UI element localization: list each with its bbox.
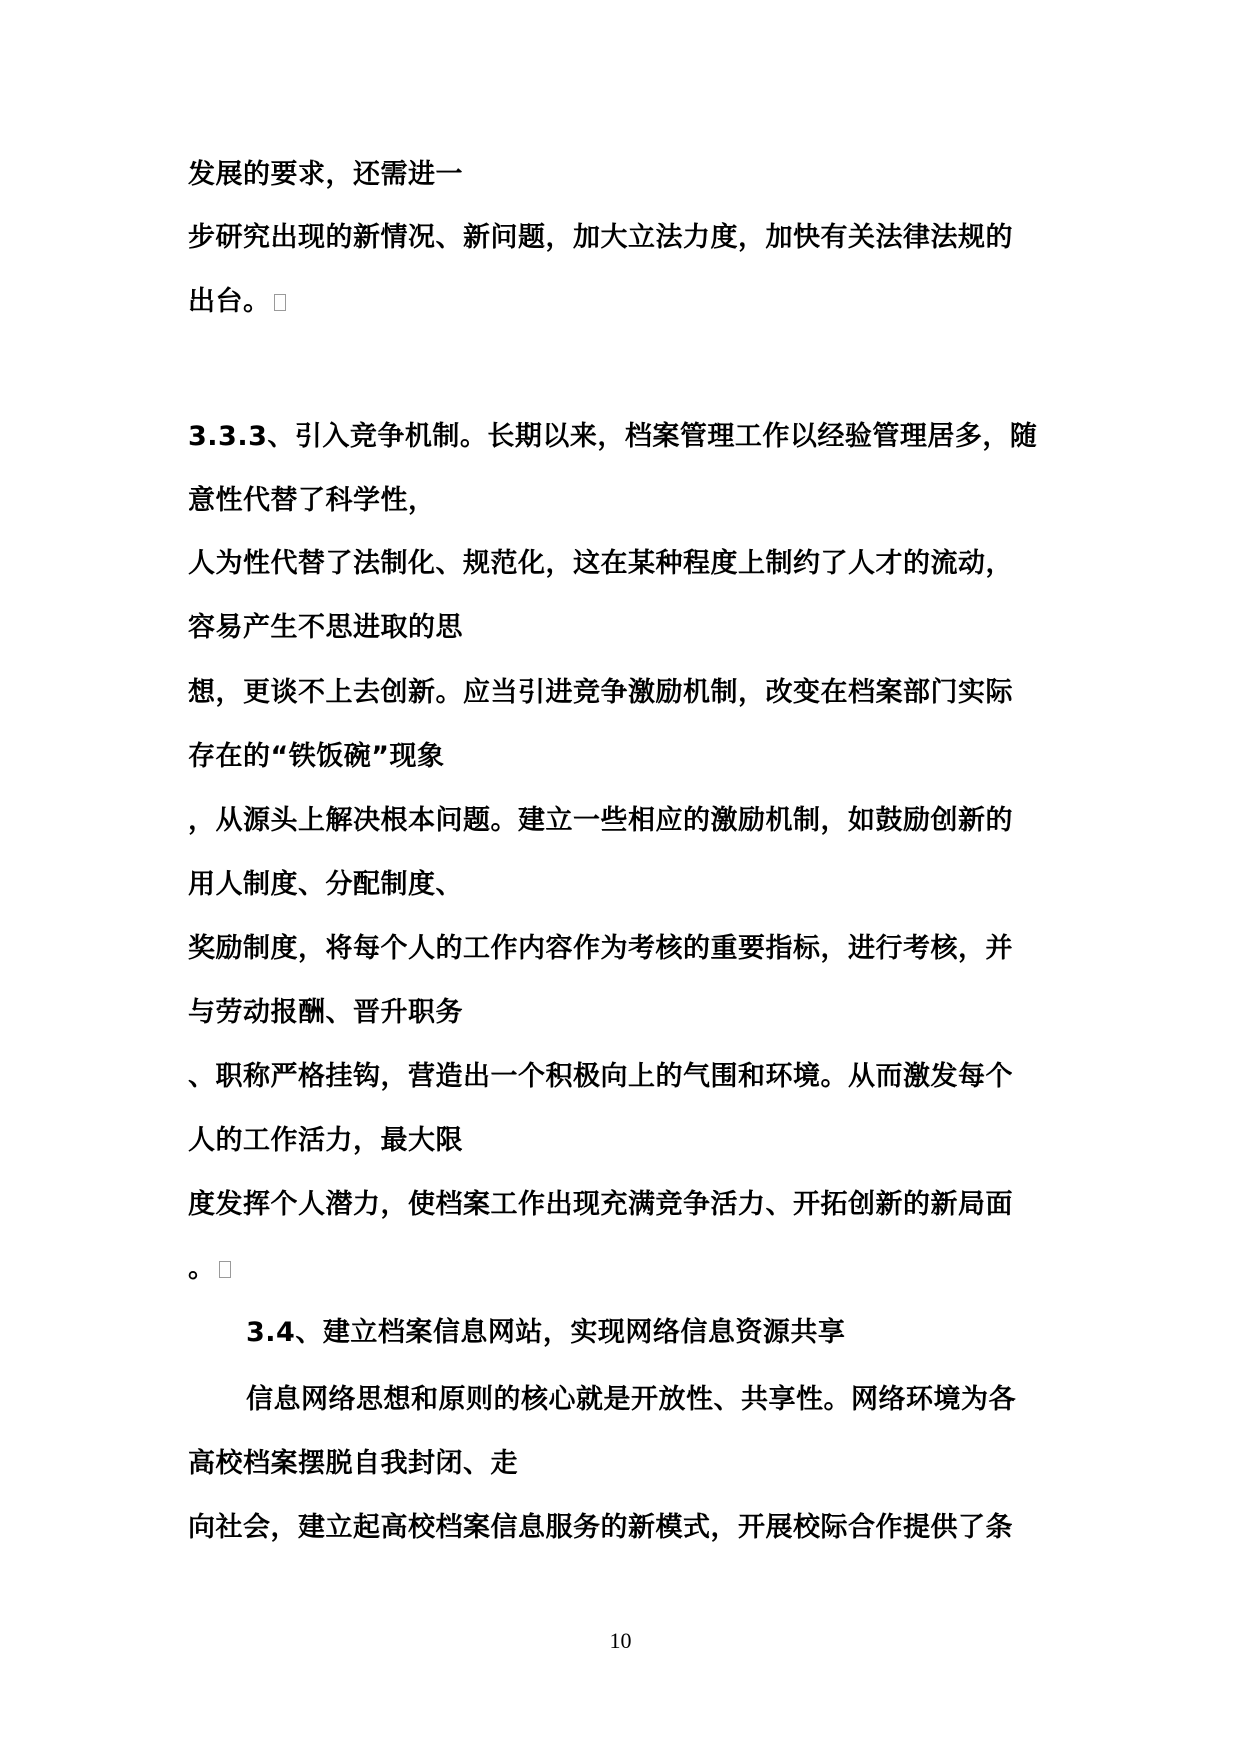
text-line-3: 出台。 (188, 285, 286, 319)
line-text: 意性代替了科学性， (188, 485, 436, 516)
line-text: 、职称严格挂钩，营造出一个积极向上的气围和环境。从而激发每个 (188, 1061, 1013, 1092)
text-line-21: 向社会，建立起高校档案信息服务的新模式，开展校际合作提供了条 (188, 1511, 1013, 1545)
text-line-1: 发展的要求，还需进一 (188, 158, 463, 192)
line-text: 高校档案摆脱自我封闭、走 (188, 1448, 518, 1479)
text-line-12: 奖励制度，将每个人的工作内容作为考核的重要指标，进行考核，并 (188, 932, 1013, 966)
line-text: 发展的要求，还需进一 (188, 159, 463, 190)
line-text: 信息网络思想和原则的核心就是开放性、共享性。网络环境为各 (246, 1384, 1016, 1415)
line-text: 容易产生不思进取的思 (188, 612, 463, 643)
line-text: 3.3.3、引入竞争机制。长期以来，档案管理工作以经验管理居多，随 (188, 421, 1037, 452)
missing-glyph-box-icon (219, 1261, 231, 1278)
line-text: 人的工作活力，最大限 (188, 1125, 463, 1156)
text-line-16: 度发挥个人潜力，使档案工作出现充满竞争活力、开拓创新的新局面 (188, 1188, 1013, 1222)
missing-glyph-box-icon (274, 294, 286, 311)
text-line-11: 用人制度、分配制度、 (188, 868, 463, 902)
page-number: 10 (0, 1628, 1241, 1654)
line-text: 用人制度、分配制度、 (188, 869, 463, 900)
text-line-7: 容易产生不思进取的思 (188, 611, 463, 645)
line-text: 向社会，建立起高校档案信息服务的新模式，开展校际合作提供了条 (188, 1512, 1013, 1543)
text-line-14: 、职称严格挂钩，营造出一个积极向上的气围和环境。从而激发每个 (188, 1060, 1013, 1094)
line-text: 出台。 (188, 286, 271, 317)
text-line-9: 存在的“铁饭碗”现象 (188, 740, 445, 774)
text-line-19: 信息网络思想和原则的核心就是开放性、共享性。网络环境为各 (246, 1383, 1016, 1417)
line-text: 人为性代替了法制化、规范化，这在某种程度上制约了人才的流动， (188, 548, 1013, 579)
line-text: 步研究出现的新情况、新问题，加大立法力度，加快有关法律法规的 (188, 222, 1013, 253)
line-text: 3.4、建立档案信息网站，实现网络信息资源共享 (246, 1317, 845, 1348)
text-line-8: 想，更谈不上去创新。应当引进竞争激励机制，改变在档案部门实际 (188, 676, 1013, 710)
document-page: 发展的要求，还需进一 步研究出现的新情况、新问题，加大立法力度，加快有关法律法规… (0, 0, 1241, 1754)
line-text: 奖励制度，将每个人的工作内容作为考核的重要指标，进行考核，并 (188, 933, 1013, 964)
section-heading-3-4: 3.4、建立档案信息网站，实现网络信息资源共享 (246, 1316, 845, 1350)
line-text: 存在的“铁饭碗”现象 (188, 741, 445, 772)
text-line-20: 高校档案摆脱自我封闭、走 (188, 1447, 518, 1481)
text-line-15: 人的工作活力，最大限 (188, 1124, 463, 1158)
line-text: 度发挥个人潜力，使档案工作出现充满竞争活力、开拓创新的新局面 (188, 1189, 1013, 1220)
text-line-10: ，从源头上解决根本问题。建立一些相应的激励机制，如鼓励创新的 (188, 804, 1013, 838)
text-line-13: 与劳动报酬、晋升职务 (188, 996, 463, 1030)
text-line-6: 人为性代替了法制化、规范化，这在某种程度上制约了人才的流动， (188, 547, 1013, 581)
line-text: 想，更谈不上去创新。应当引进竞争激励机制，改变在档案部门实际 (188, 677, 1013, 708)
text-line-2: 步研究出现的新情况、新问题，加大立法力度，加快有关法律法规的 (188, 221, 1013, 255)
text-line-17: 。 (188, 1252, 231, 1286)
line-text: 。 (188, 1253, 216, 1284)
text-line-5: 意性代替了科学性， (188, 484, 436, 518)
section-heading-3-3-3: 3.3.3、引入竞争机制。长期以来，档案管理工作以经验管理居多，随 (188, 420, 1037, 454)
line-text: 与劳动报酬、晋升职务 (188, 997, 463, 1028)
line-text: ，从源头上解决根本问题。建立一些相应的激励机制，如鼓励创新的 (188, 805, 1013, 836)
